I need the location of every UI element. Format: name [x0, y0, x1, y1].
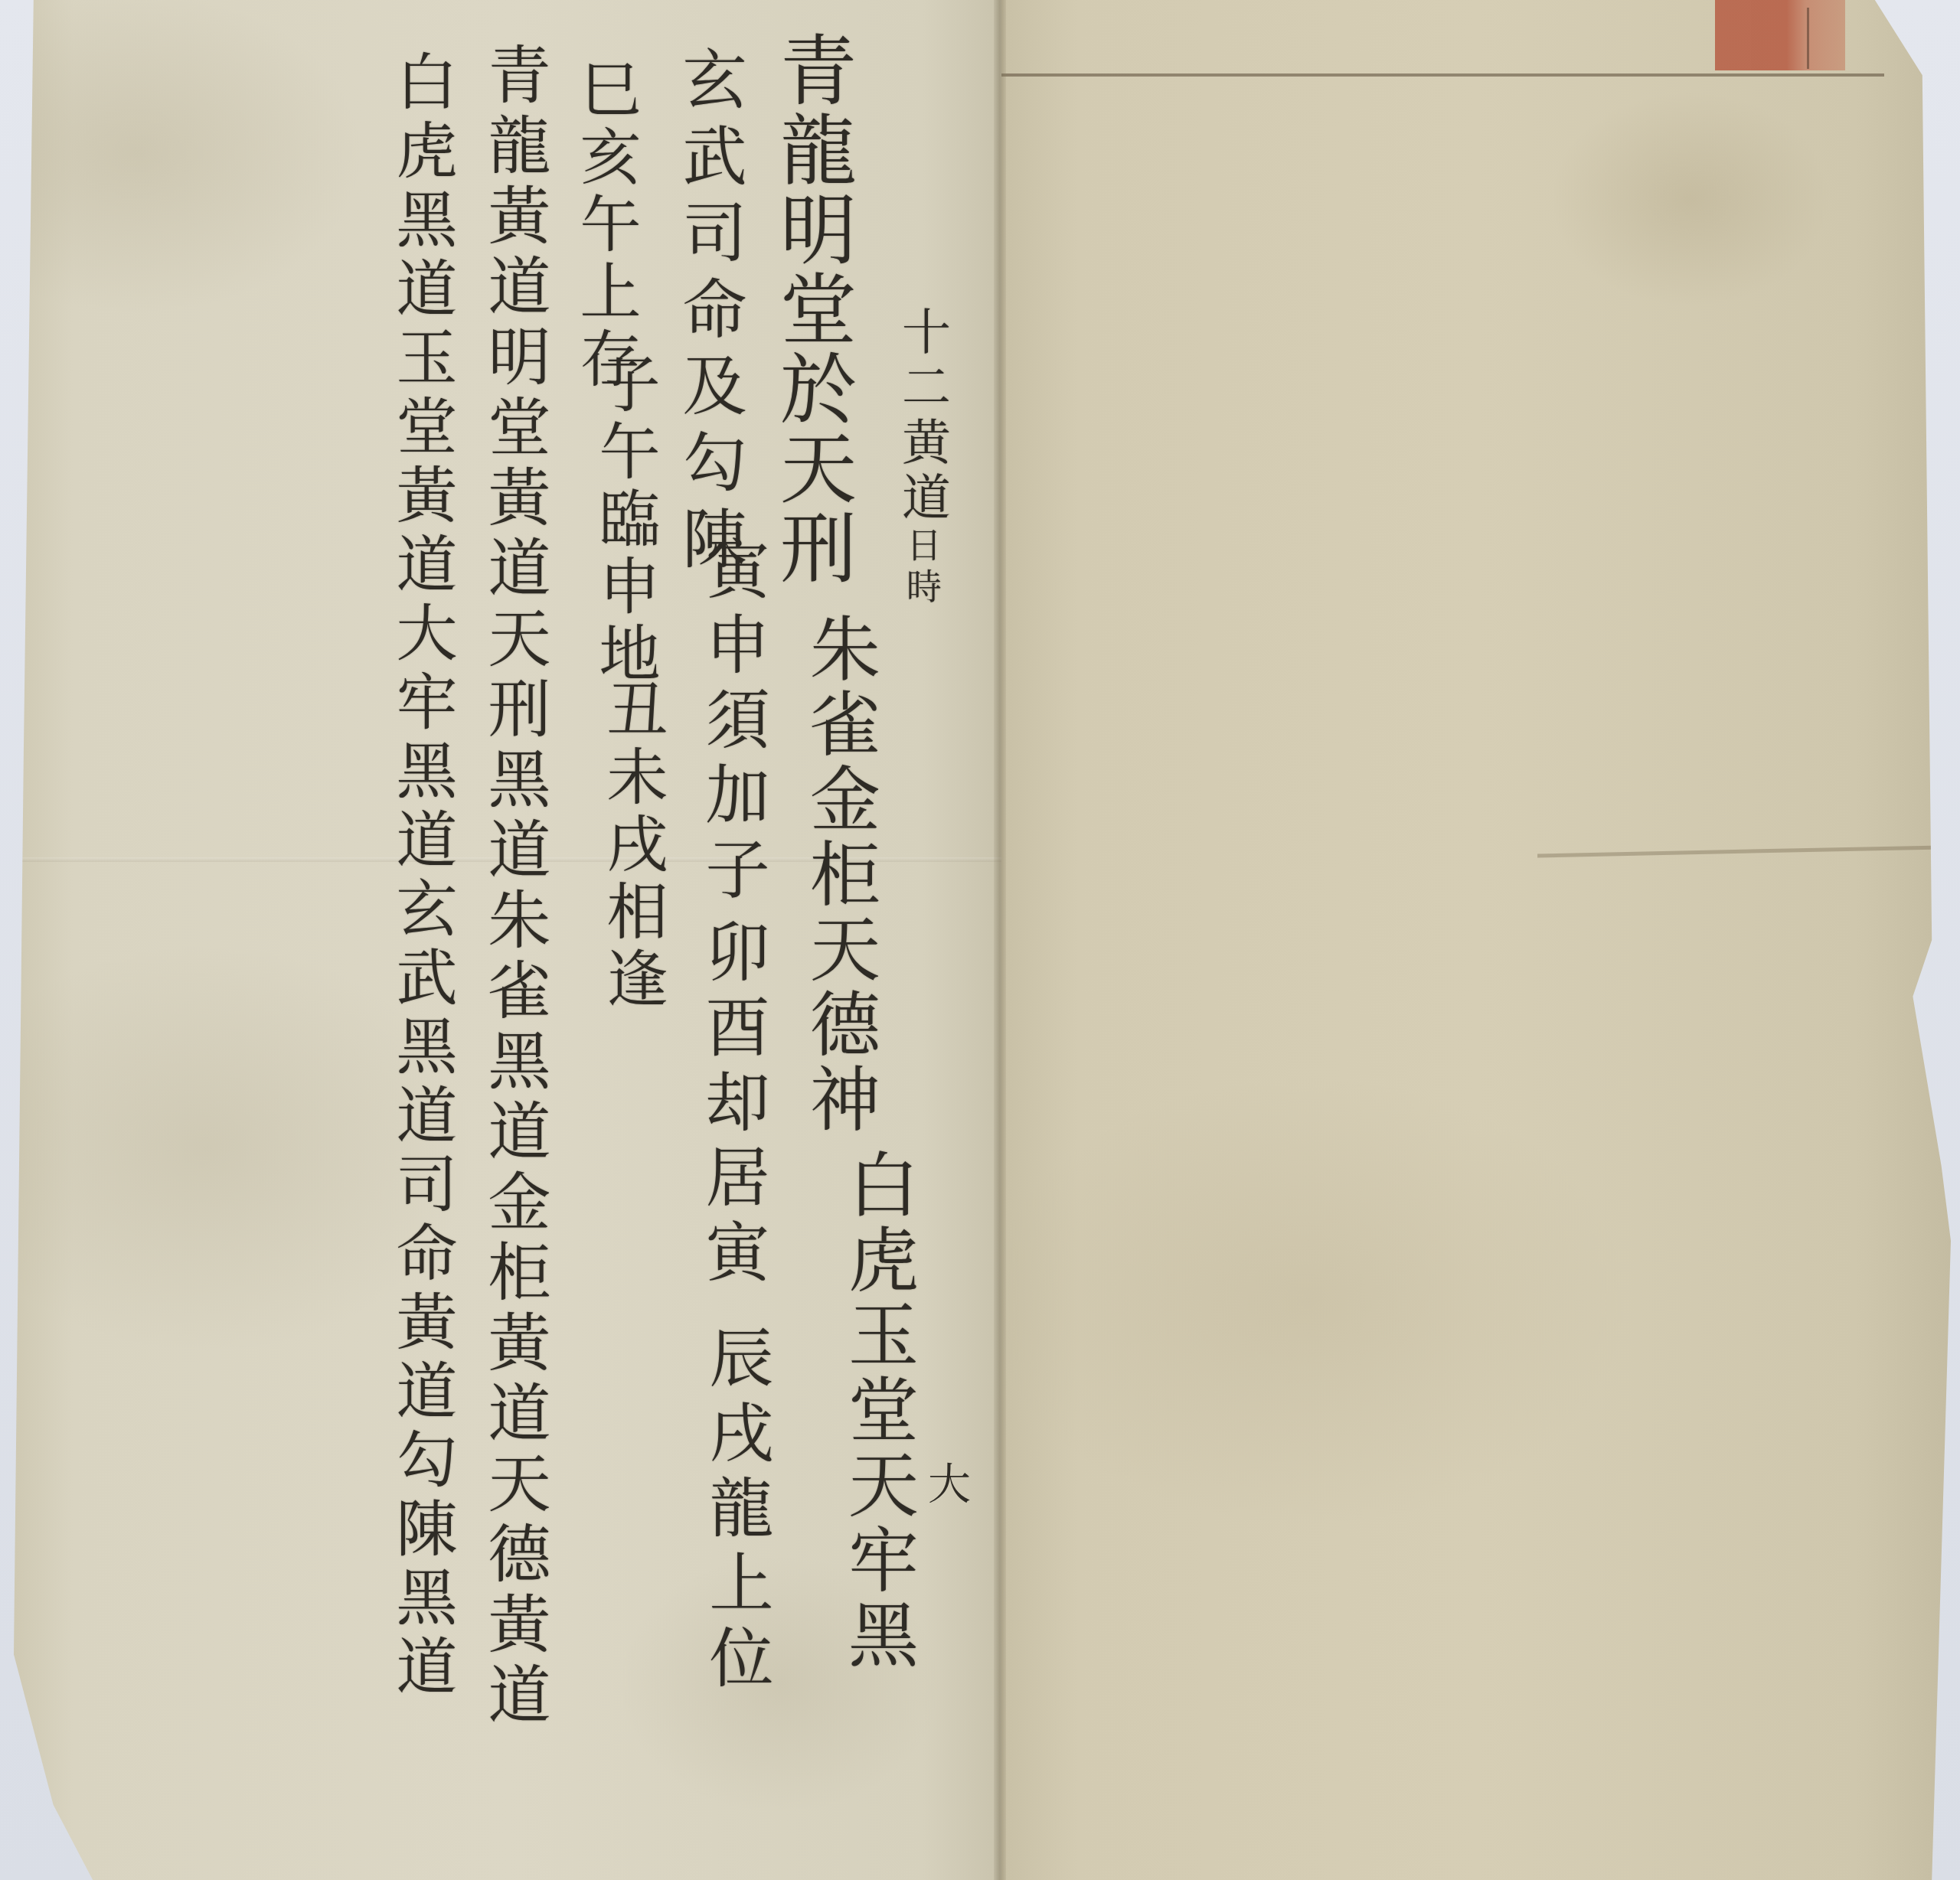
text-column-3-seg-1: 巳亥午上存: [574, 57, 635, 394]
text-column-2-seg-4: 辰戌龍上位: [704, 1324, 769, 1699]
text-column-1-seg-2: 朱雀金柜天德神: [804, 612, 874, 1137]
text-column-1-seg-3: 白虎玉堂天牢黑: [842, 1148, 913, 1673]
text-column-1-seg-1: 青龍明堂於天刑: [773, 31, 850, 588]
text-column-5: 白虎黑道玉堂黃道大牢黑道玄武黑道司命黃道勾陳黑道: [390, 50, 452, 1703]
red-seal-mark: [1715, 0, 1845, 70]
heading-title: 十二黄道日時: [897, 306, 946, 609]
heading-main: 十二黄道: [893, 306, 950, 527]
book-spine: [994, 0, 1006, 1880]
text-column-4: 青龍黃道明堂黃道天刑黑道朱雀黑道金柜黃道天德黃道: [482, 42, 545, 1732]
text-column-2-seg-3: 卯酉却居寅: [701, 919, 765, 1294]
paper-crease: [1537, 846, 1935, 858]
right-page-cover: [1001, 0, 1951, 1880]
text-column-2-seg-1: 玄武司命及勾陳: [678, 46, 742, 582]
book-photo: 十二黄道日時 大 青龍明堂於天刑 朱雀金柜天德神 白虎玉堂天牢黑 玄武司命及勾陳…: [0, 0, 1960, 1880]
text-column-3-seg-3: 丑未戌相逢: [601, 677, 662, 1014]
margin-annotation: 大: [928, 1451, 971, 1512]
text-column-3-seg-2: 子午臨申地: [593, 352, 655, 689]
heading-small: 日時: [901, 527, 942, 609]
text-column-2-seg-2: 寅申須加子: [701, 536, 765, 911]
